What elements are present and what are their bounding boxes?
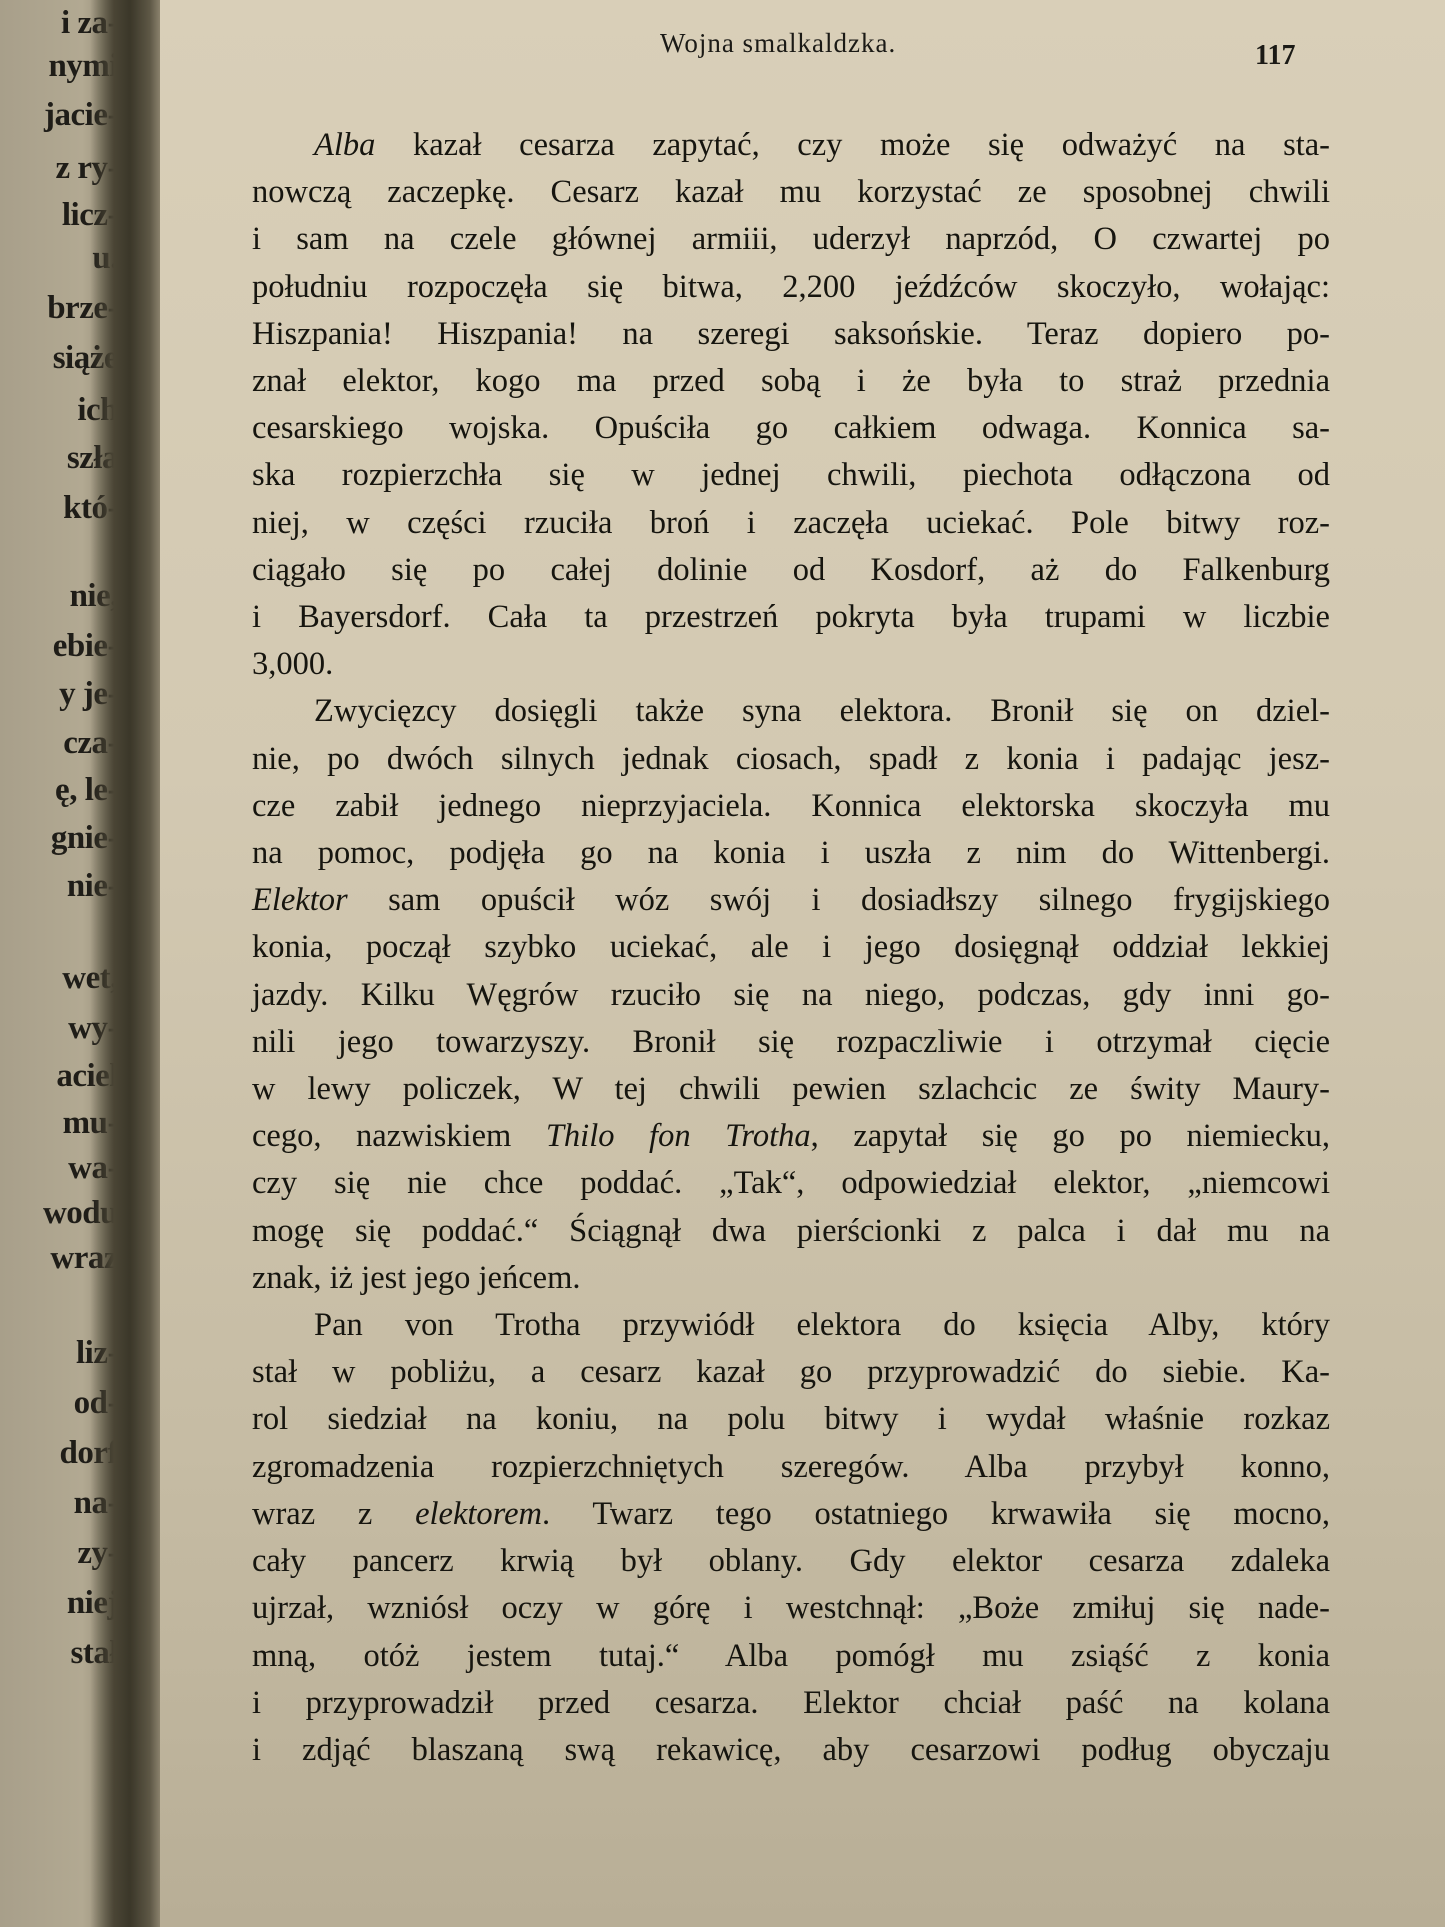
text-line: czy się nie chce poddać. „Tak“, odpowied…: [252, 1160, 1330, 1207]
book-page: Wojna smalkaldzka. 117 Alba kazał cesarz…: [160, 0, 1445, 1927]
text-line: mogę się poddać.“ Ściągnął dwa pierścion…: [252, 1208, 1330, 1255]
text-segment: cego, nazwiskiem: [252, 1118, 546, 1154]
text-line: i sam na czele głównej armiii, uderzył n…: [252, 216, 1330, 263]
text-line: mną, otóż jestem tutaj.“ Alba pomógł mu …: [252, 1633, 1330, 1680]
text-line: wraz z elektorem. Twarz tego ostatniego …: [252, 1491, 1330, 1538]
text-segment: . Twarz tego ostatniego krwawiła się moc…: [542, 1496, 1330, 1532]
text-line: ciągało się po całej dolinie od Kosdorf,…: [252, 547, 1330, 594]
text-line: zgromadzenia rozpierzchniętych szeregów.…: [252, 1444, 1330, 1491]
text-line: cesarskiego wojska. Opuściła go całkiem …: [252, 405, 1330, 452]
body-text: Alba kazał cesarza zapytać, czy może się…: [252, 122, 1330, 1774]
text-line: cały pancerz krwią był oblany. Gdy elekt…: [252, 1538, 1330, 1585]
text-line: znak, iż jest jego jeńcem.: [252, 1255, 1330, 1302]
text-segment: kazał cesarza zapytać, czy może się odwa…: [375, 127, 1330, 163]
italic-name: Alba: [314, 127, 375, 163]
italic-name: Thilo fon Trotha: [546, 1118, 811, 1154]
text-line: nili jego towarzyszy. Bronił się rozpacz…: [252, 1019, 1330, 1066]
page-number: 117: [1255, 40, 1295, 72]
text-line: cego, nazwiskiem Thilo fon Trotha, zapyt…: [252, 1113, 1330, 1160]
text-line: Pan von Trotha przywiódł elektora do ksi…: [252, 1302, 1330, 1349]
text-segment: , zapytał się go po niemiecku,: [811, 1118, 1330, 1154]
text-line: 3,000.: [252, 641, 1330, 688]
text-line: cze zabił jednego nieprzyjaciela. Konnic…: [252, 783, 1330, 830]
text-line: stał w pobliżu, a cesarz kazał go przypr…: [252, 1349, 1330, 1396]
text-line: Zwycięzcy dosięgli także syna elektora. …: [252, 688, 1330, 735]
text-line: Elektor sam opuścił wóz swój i dosiadłsz…: [252, 877, 1330, 924]
text-segment: wraz z: [252, 1496, 415, 1532]
text-line: jazdy. Kilku Węgrów rzuciło się na niego…: [252, 972, 1330, 1019]
text-line: nie, po dwóch silnych jednak ciosach, sp…: [252, 736, 1330, 783]
text-line: ska rozpierzchła się w jednej chwili, pi…: [252, 452, 1330, 499]
text-line: ujrzał, wzniósł oczy w górę i westchnął:…: [252, 1585, 1330, 1632]
text-line: konia, począł szybko uciekać, ale i jego…: [252, 924, 1330, 971]
text-line: Alba kazał cesarza zapytać, czy może się…: [252, 122, 1330, 169]
book-gutter-shadow: [90, 0, 170, 1927]
text-line: znał elektor, kogo ma przed sobą i że by…: [252, 358, 1330, 405]
text-line: Hiszpania! Hiszpania! na szeregi saksońs…: [252, 311, 1330, 358]
text-line: i zdjąć blaszaną swą rekawicę, aby cesar…: [252, 1727, 1330, 1774]
text-line: nowczą zaczepkę. Cesarz kazał mu korzyst…: [252, 169, 1330, 216]
text-line: niej, w części rzuciła broń i zaczęła uc…: [252, 500, 1330, 547]
text-line: w lewy policzek, W tej chwili pewien szl…: [252, 1066, 1330, 1113]
italic-name: elektorem: [415, 1496, 542, 1532]
text-line: i przyprowadził przed cesarza. Elektor c…: [252, 1680, 1330, 1727]
text-segment: sam opuścił wóz swój i dosiadłszy silneg…: [348, 882, 1330, 918]
italic-name: Elektor: [252, 882, 348, 918]
text-line: i Bayersdorf. Cała ta przestrzeń pokryta…: [252, 594, 1330, 641]
text-line: rol siedział na koniu, na polu bitwy i w…: [252, 1396, 1330, 1443]
text-line: na pomoc, podjęła go na konia i uszła z …: [252, 830, 1330, 877]
text-line: południu rozpoczęła się bitwa, 2,200 jeź…: [252, 264, 1330, 311]
running-title: Wojna smalkaldzka.: [660, 28, 896, 59]
